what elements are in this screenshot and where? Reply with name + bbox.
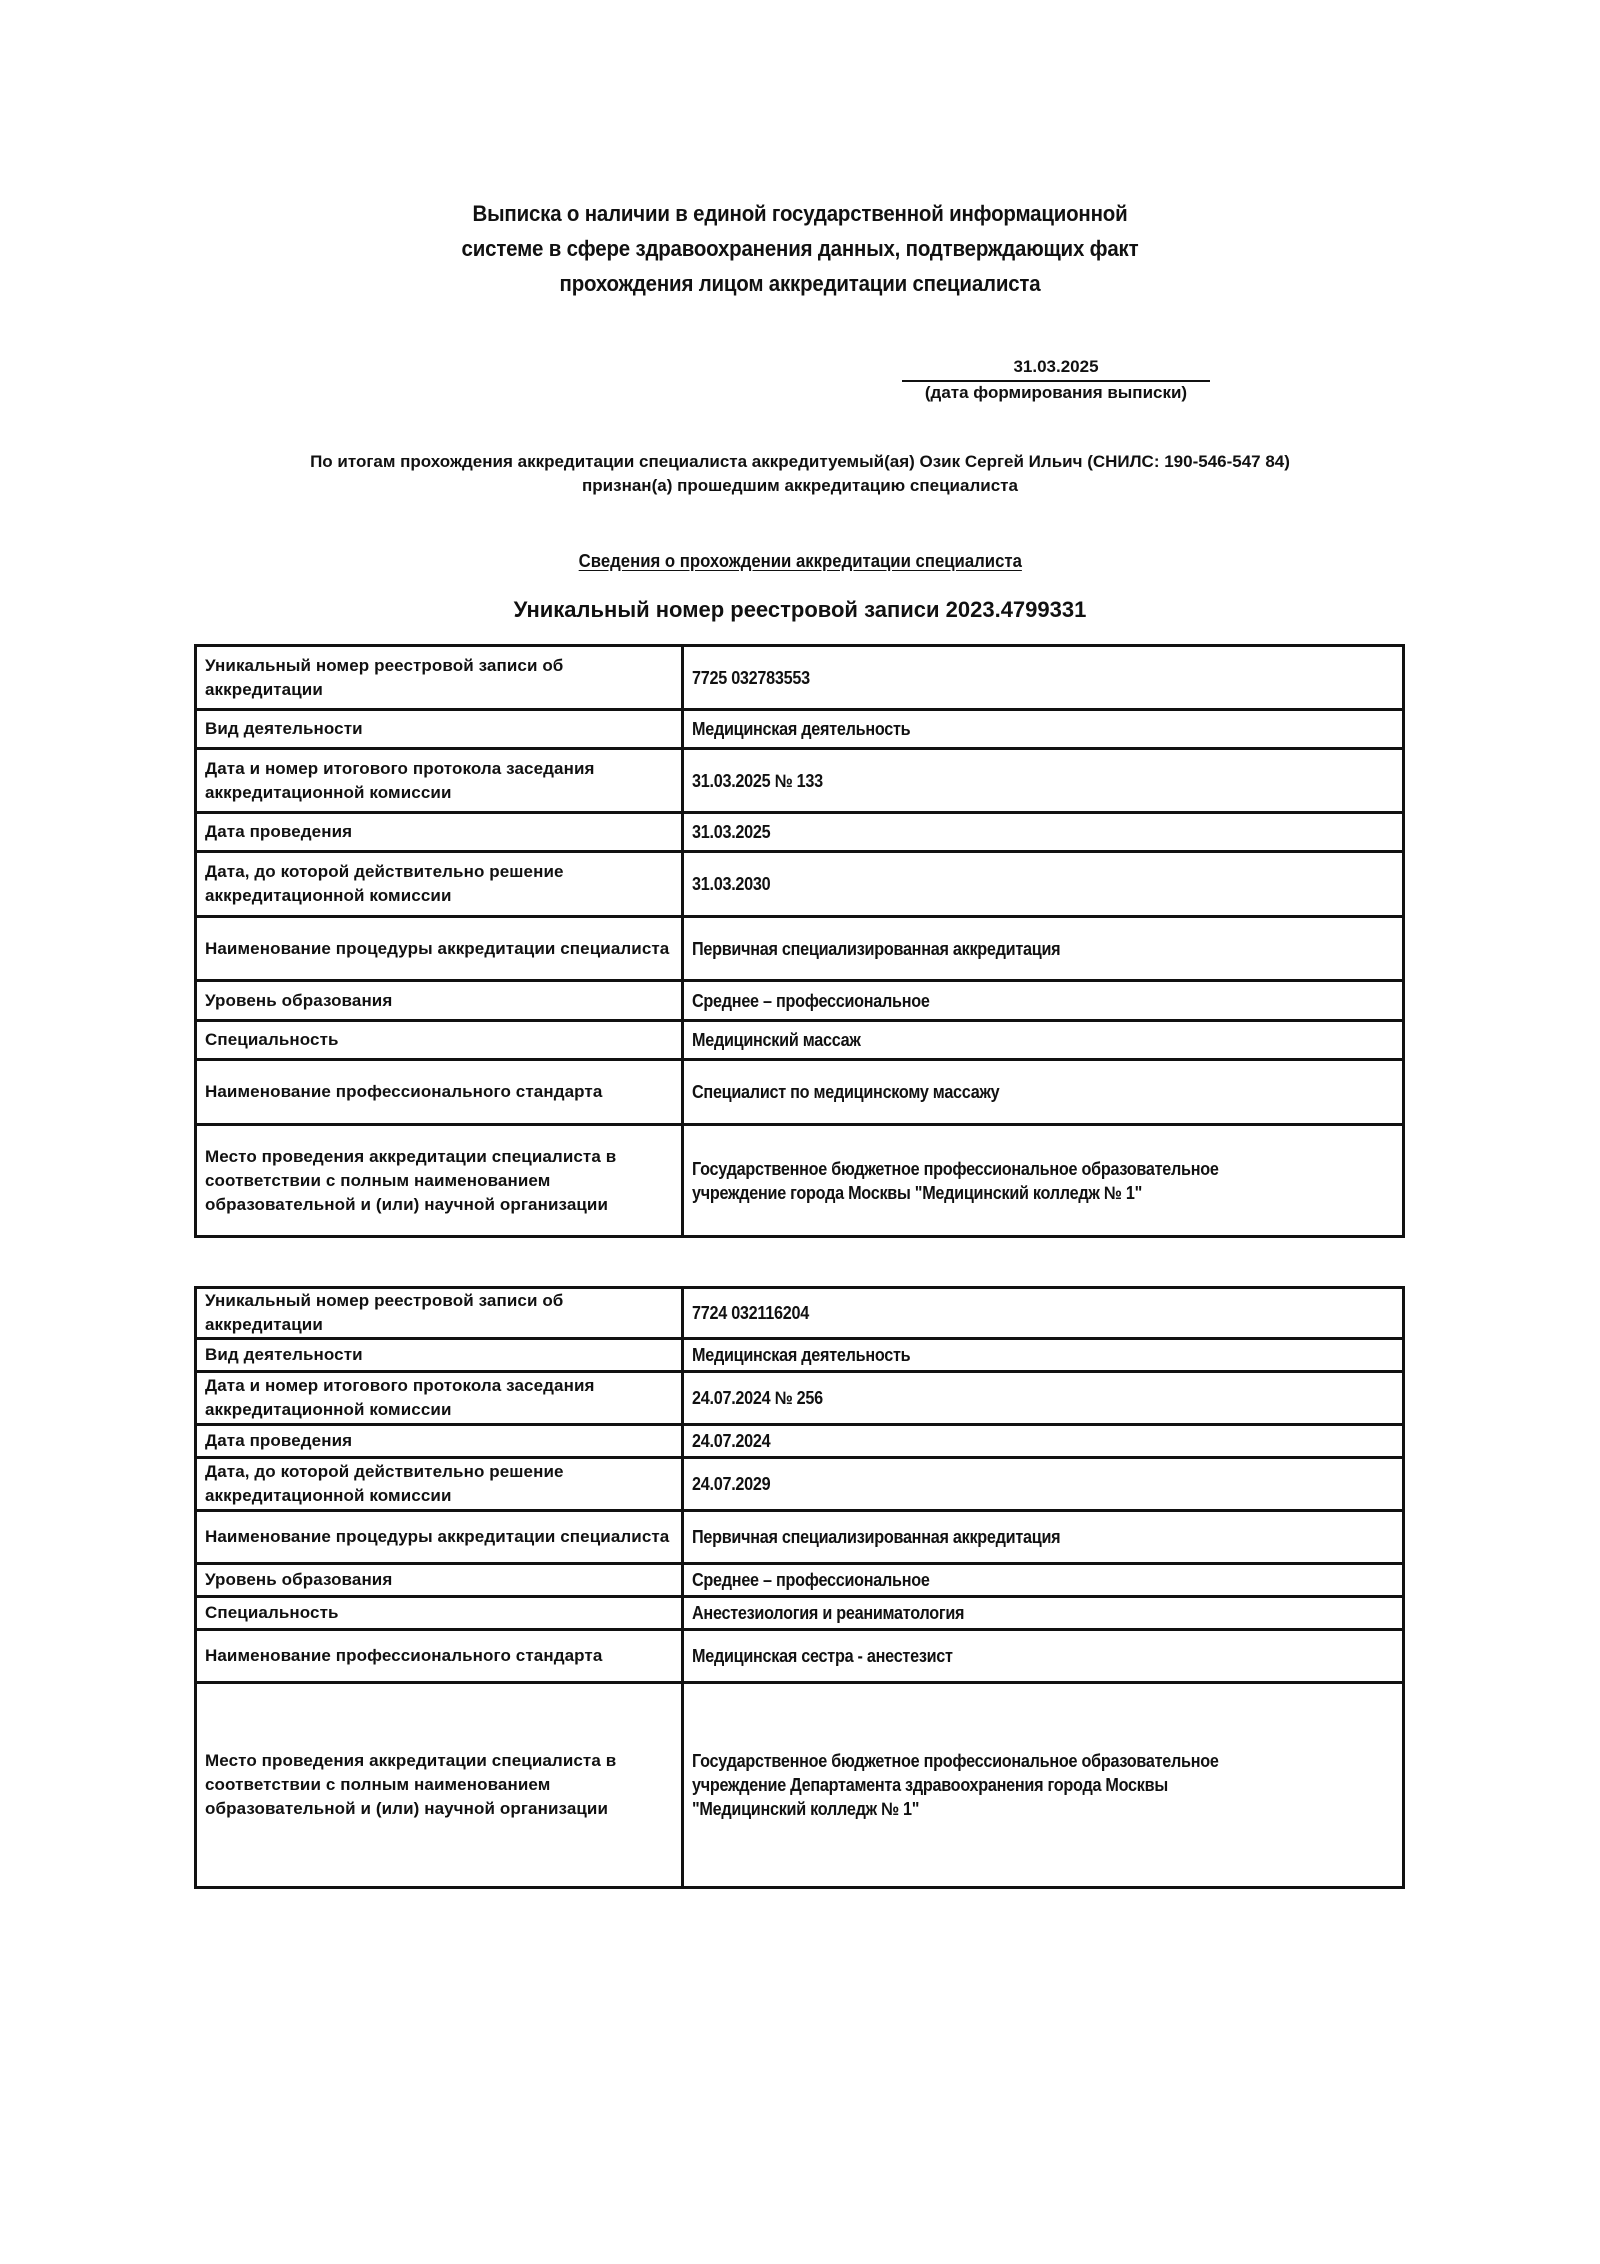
accreditation-record-table: Уникальный номер реестровой записи об ак… <box>194 1286 1405 1889</box>
row-value-text: Среднее – профессиональное <box>692 989 930 1013</box>
table-row-specialty: СпециальностьМедицинский массаж <box>196 1021 1404 1060</box>
accreditation-record-table: Уникальный номер реестровой записи об ак… <box>194 644 1405 1238</box>
row-value: 24.07.2029 <box>683 1458 1404 1511</box>
row-value: 7724 032116204 <box>683 1288 1404 1339</box>
record-rows: Уникальный номер реестровой записи об ак… <box>196 1288 1404 1888</box>
row-value-text: Медицинская сестра - анестезист <box>692 1644 953 1668</box>
table-row-specialty: СпециальностьАнестезиология и реаниматол… <box>196 1597 1404 1630</box>
table-row-accreditation-venue: Место проведения аккредитации специалист… <box>196 1125 1404 1237</box>
issue-date-caption: (дата формирования выписки) <box>896 382 1216 404</box>
row-value: Медицинская деятельность <box>683 710 1404 749</box>
row-label: Специальность <box>196 1597 683 1630</box>
row-value-text: Первичная специализированная аккредитаци… <box>692 937 1060 961</box>
row-value: Медицинская сестра - анестезист <box>683 1630 1404 1683</box>
row-value: Государственное бюджетное профессиональн… <box>683 1125 1404 1237</box>
row-label: Уровень образования <box>196 1564 683 1597</box>
row-label: Место проведения аккредитации специалист… <box>196 1683 683 1888</box>
section-heading-text: Сведения о прохождении аккредитации спец… <box>578 549 1021 573</box>
table-row-education-level: Уровень образованияСреднее – профессиона… <box>196 1564 1404 1597</box>
row-label: Дата, до которой действительно решение а… <box>196 1458 683 1511</box>
row-value: 24.07.2024 № 256 <box>683 1372 1404 1425</box>
row-value-text: Среднее – профессиональное <box>692 1568 930 1592</box>
accreditation-statement: По итогам прохождения аккредитации специ… <box>180 450 1420 498</box>
table-row-protocol-date-number: Дата и номер итогового протокола заседан… <box>196 1372 1404 1425</box>
record-rows: Уникальный номер реестровой записи об ак… <box>196 646 1404 1237</box>
row-label: Наименование профессионального стандарта <box>196 1630 683 1683</box>
registry-number-heading: Уникальный номер реестровой записи 2023.… <box>300 595 1300 625</box>
row-value: Специалист по медицинскому массажу <box>683 1060 1404 1125</box>
row-value-text: 24.07.2024 № 256 <box>692 1386 823 1410</box>
table-row-procedure-name: Наименование процедуры аккредитации спец… <box>196 917 1404 981</box>
row-value-text: Медицинская деятельность <box>692 1343 910 1367</box>
row-value-text: Медицинская деятельность <box>692 717 910 741</box>
row-value: 31.03.2025 № 133 <box>683 749 1404 813</box>
section-heading: Сведения о прохождении аккредитации спец… <box>400 549 1200 573</box>
issue-date-block: 31.03.2025 (дата формирования выписки) <box>900 356 1212 404</box>
row-label: Место проведения аккредитации специалист… <box>196 1125 683 1237</box>
table-row-activity-type: Вид деятельностиМедицинская деятельность <box>196 1339 1404 1372</box>
row-value-text: Анестезиология и реаниматология <box>692 1601 964 1625</box>
row-value-text: 7724 032116204 <box>692 1301 809 1325</box>
row-label: Вид деятельности <box>196 1339 683 1372</box>
row-label: Уровень образования <box>196 981 683 1021</box>
row-value: 24.07.2024 <box>683 1425 1404 1458</box>
row-value: Первичная специализированная аккредитаци… <box>683 1511 1404 1564</box>
row-value: Первичная специализированная аккредитаци… <box>683 917 1404 981</box>
row-value-line: учреждение Департамента здравоохранения … <box>692 1773 1168 1797</box>
row-label: Уникальный номер реестровой записи об ак… <box>196 646 683 710</box>
row-value-text: Медицинский массаж <box>692 1028 861 1052</box>
row-value-text: Первичная специализированная аккредитаци… <box>692 1525 1060 1549</box>
row-value: 31.03.2030 <box>683 852 1404 917</box>
document-title: Выписка о наличии в единой государственн… <box>335 196 1265 301</box>
row-value-text: 24.07.2024 <box>692 1429 770 1453</box>
row-label: Наименование профессионального стандарта <box>196 1060 683 1125</box>
table-row-accreditation-date: Дата проведения31.03.2025 <box>196 813 1404 852</box>
row-value-text: Специалист по медицинскому массажу <box>692 1080 999 1104</box>
table-row-valid-until-date: Дата, до которой действительно решение а… <box>196 1458 1404 1511</box>
table-row-valid-until-date: Дата, до которой действительно решение а… <box>196 852 1404 917</box>
row-label: Дата и номер итогового протокола заседан… <box>196 749 683 813</box>
issue-date: 31.03.2025 <box>902 356 1210 382</box>
row-value: Среднее – профессиональное <box>683 981 1404 1021</box>
accreditation-statement-line: По итогам прохождения аккредитации специ… <box>180 450 1420 474</box>
row-label: Дата проведения <box>196 813 683 852</box>
row-value-line: учреждение города Москвы "Медицинский ко… <box>692 1181 1142 1205</box>
row-value-line: "Медицинский колледж № 1" <box>692 1797 919 1821</box>
row-value: Среднее – профессиональное <box>683 1564 1404 1597</box>
row-label: Дата проведения <box>196 1425 683 1458</box>
row-value-text: 31.03.2025 № 133 <box>692 769 823 793</box>
table-row-procedure-name: Наименование процедуры аккредитации спец… <box>196 1511 1404 1564</box>
document-title-line: Выписка о наличии в единой государственн… <box>335 196 1265 231</box>
row-label: Наименование процедуры аккредитации спец… <box>196 1511 683 1564</box>
table-row-protocol-date-number: Дата и номер итогового протокола заседан… <box>196 749 1404 813</box>
table-row-activity-type: Вид деятельностиМедицинская деятельность <box>196 710 1404 749</box>
row-value: 31.03.2025 <box>683 813 1404 852</box>
table-row-registry-record-number: Уникальный номер реестровой записи об ак… <box>196 1288 1404 1339</box>
row-label: Вид деятельности <box>196 710 683 749</box>
row-value-text: 31.03.2030 <box>692 872 770 896</box>
row-label: Специальность <box>196 1021 683 1060</box>
table-row-education-level: Уровень образованияСреднее – профессиона… <box>196 981 1404 1021</box>
row-value-text: 24.07.2029 <box>692 1472 770 1496</box>
row-value: Государственное бюджетное профессиональн… <box>683 1683 1404 1888</box>
document-title-line: прохождения лицом аккредитации специалис… <box>335 266 1265 301</box>
row-value-line: Государственное бюджетное профессиональн… <box>692 1157 1219 1181</box>
row-value: Медицинский массаж <box>683 1021 1404 1060</box>
row-value-text: 7725 032783553 <box>692 666 810 690</box>
table-row-accreditation-venue: Место проведения аккредитации специалист… <box>196 1683 1404 1888</box>
table-row-professional-standard: Наименование профессионального стандарта… <box>196 1060 1404 1125</box>
row-label: Дата, до которой действительно решение а… <box>196 852 683 917</box>
table-row-accreditation-date: Дата проведения24.07.2024 <box>196 1425 1404 1458</box>
row-value: Медицинская деятельность <box>683 1339 1404 1372</box>
document-title-line: системе в сфере здравоохранения данных, … <box>335 231 1265 266</box>
row-value-text: 31.03.2025 <box>692 820 770 844</box>
table-row-professional-standard: Наименование профессионального стандарта… <box>196 1630 1404 1683</box>
table-row-registry-record-number: Уникальный номер реестровой записи об ак… <box>196 646 1404 710</box>
row-label: Уникальный номер реестровой записи об ак… <box>196 1288 683 1339</box>
row-value: Анестезиология и реаниматология <box>683 1597 1404 1630</box>
row-label: Дата и номер итогового протокола заседан… <box>196 1372 683 1425</box>
accreditation-statement-line: признан(а) прошедшим аккредитацию специа… <box>180 474 1420 498</box>
row-value-line: Государственное бюджетное профессиональн… <box>692 1749 1219 1773</box>
row-value: 7725 032783553 <box>683 646 1404 710</box>
row-label: Наименование процедуры аккредитации спец… <box>196 917 683 981</box>
